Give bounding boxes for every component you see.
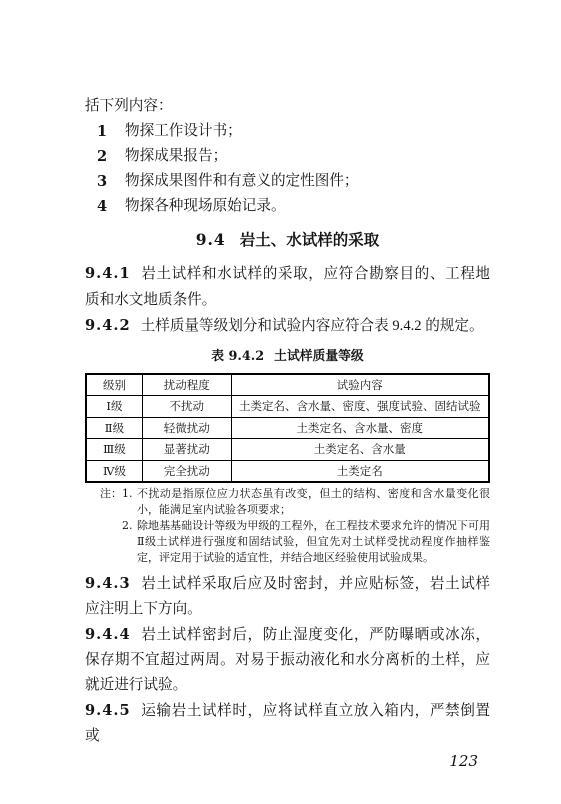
clause-9-4-1: 9.4.1岩土试样和水试样的采取，应符合勘察目的、工程地质和水文地质条件。 [85,261,490,313]
cell-disturbance: 不扰动 [142,396,231,418]
note-items: 1. 不扰动是指原位应力状态虽有改变，但土的结构、密度和含水量变化很小，能满足室… [122,486,490,566]
clause-number: 9.4.2 [85,317,131,334]
list-item: 3 物探成果图件和有意义的定性图件； [85,169,490,194]
clause-9-4-4: 9.4.4岩土试样密封后，防止湿度变化，严防曝晒或冰冻，保存期不宜超过两周。对易… [85,622,490,698]
section-heading: 9.4岩土、水试样的采取 [85,228,490,253]
list-item-number: 2 [97,144,111,169]
list-item-text: 物探成果报告； [125,144,227,169]
table-caption-title: 土试样质量等级 [274,349,364,363]
intro-lead: 括下列内容： [85,94,490,119]
cell-disturbance: 显著扰动 [142,439,231,461]
clause-9-4-2: 9.4.2土样质量等级划分和试验内容应符合表 9.4.2 的规定。 [85,313,490,340]
list-item-text: 物探成果图件和有意义的定性图件； [125,169,359,194]
clause-number: 9.4.5 [85,702,131,719]
clause-number: 9.4.4 [85,626,131,643]
cell-disturbance: 轻微扰动 [142,417,231,439]
cell-tests: 土类定名、含水量、密度 [231,417,489,439]
table-notes: 注： 1. 不扰动是指原位应力状态虽有改变，但土的结构、密度和含水量变化很小，能… [85,486,490,566]
clause-number: 9.4.3 [85,575,131,592]
document-page: 括下列内容： 1 物探工作设计书； 2 物探成果报告； 3 物探成果图件和有意义… [0,0,561,804]
table-caption: 表 9.4.2土试样质量等级 [85,347,490,366]
list-item-text: 物探各种现场原始记录。 [125,194,286,219]
cell-tests: 土类定名 [231,460,489,482]
section-number: 9.4 [196,230,226,249]
clause-text: 岩土试样密封后，防止湿度变化，严防曝晒或冰冻，保存期不宜超过两周。对易于振动液化… [85,627,490,693]
list-item: 4 物探各种现场原始记录。 [85,194,490,219]
note-number: 2. [122,518,137,566]
list-item-number: 1 [97,119,111,144]
cell-grade: Ⅰ级 [86,396,142,418]
table-row: Ⅲ级 显著扰动 土类定名、含水量 [86,439,489,461]
list-item-number: 4 [97,194,111,219]
list-item: 1 物探工作设计书； [85,119,490,144]
header-cell: 扰动程度 [142,374,231,396]
clause-text: 岩土试样采取后应及时密封，并应贴标签，岩土试样应注明上下方向。 [85,576,490,617]
list-item-text: 物探工作设计书； [125,119,242,144]
cell-disturbance: 完全扰动 [142,460,231,482]
note-text: 除地基基础设计等级为甲级的工程外，在工程技术要求允许的情况下可用Ⅱ级土试样进行强… [137,518,490,566]
table-row: Ⅰ级 不扰动 土类定名、含水量、密度、强度试验、固结试验 [86,396,489,418]
table-header-row: 级别 扰动程度 试验内容 [86,374,489,396]
header-cell: 试验内容 [231,374,489,396]
table-caption-number: 表 9.4.2 [211,349,264,364]
section-title: 岩土、水试样的采取 [240,232,380,249]
note-number: 1. [122,486,137,518]
list-item-number: 3 [97,169,111,194]
clause-text: 运输岩土试样时，应将试样直立放入箱内，严禁倒置或 [85,703,490,744]
note-item: 1. 不扰动是指原位应力状态虽有改变，但土的结构、密度和含水量变化很小，能满足室… [122,486,490,518]
cell-grade: Ⅱ级 [86,417,142,439]
numbered-list: 1 物探工作设计书； 2 物探成果报告； 3 物探成果图件和有意义的定性图件； … [85,119,490,219]
cell-grade: Ⅲ级 [86,439,142,461]
clause-number: 9.4.1 [85,265,131,282]
clause-text: 土样质量等级划分和试验内容应符合表 9.4.2 的规定。 [141,318,484,334]
clause-text: 岩土试样和水试样的采取，应符合勘察目的、工程地质和水文地质条件。 [85,266,490,308]
soil-sample-grade-table: 级别 扰动程度 试验内容 Ⅰ级 不扰动 土类定名、含水量、密度、强度试验、固结试… [85,373,490,484]
note-item: 2. 除地基基础设计等级为甲级的工程外，在工程技术要求允许的情况下可用Ⅱ级土试样… [122,518,490,566]
cell-tests: 土类定名、含水量 [231,439,489,461]
header-cell: 级别 [86,374,142,396]
cell-grade: Ⅳ级 [86,460,142,482]
list-item: 2 物探成果报告； [85,144,490,169]
page-content: 括下列内容： 1 物探工作设计书； 2 物探成果报告； 3 物探成果图件和有意义… [85,94,490,771]
table-row: Ⅱ级 轻微扰动 土类定名、含水量、密度 [86,417,489,439]
clauses-after-table: 9.4.3岩土试样采取后应及时密封，并应贴标签，岩土试样应注明上下方向。 9.4… [85,571,490,749]
notes-label: 注： [100,486,122,566]
page-number: 123 [85,751,490,771]
clause-9-4-5: 9.4.5运输岩土试样时，应将试样直立放入箱内，严禁倒置或 [85,698,490,749]
table-row: Ⅳ级 完全扰动 土类定名 [86,460,489,482]
clause-9-4-3: 9.4.3岩土试样采取后应及时密封，并应贴标签，岩土试样应注明上下方向。 [85,571,490,622]
note-text: 不扰动是指原位应力状态虽有改变，但土的结构、密度和含水量变化很小，能满足室内试验… [137,486,490,518]
cell-tests: 土类定名、含水量、密度、强度试验、固结试验 [231,396,489,418]
